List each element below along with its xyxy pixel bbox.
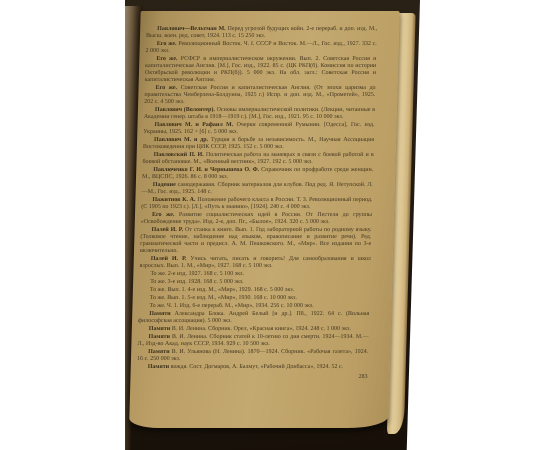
bibliography-entry: Памяти вождя. Сост. Догмаров, А. Балмут,…	[137, 364, 368, 371]
entry-text: То же. 2-е изд. 1927. 168 с. 5 100 экз.	[150, 271, 244, 277]
bibliography-entry: Падение самодержавия. Сборник материалов…	[142, 182, 373, 196]
bibliography-entry: То же. Вып. 1. 5-е изд. М., «Мир», 1930.…	[139, 295, 370, 302]
entry-author: Его же.	[152, 212, 175, 218]
bibliography-entry: Павлович М. и Рафаил М. Очерки современн…	[143, 122, 374, 136]
bibliography-entry: То же. Ч. 1. Изд. 6-е перераб. М., «Мир»…	[138, 303, 369, 310]
entry-text: Советская Россия и капиталистическая Анг…	[144, 85, 376, 105]
scanned-book-photo: { "page": { "number": "283", "entries": …	[0, 0, 550, 450]
bibliography-entry: Памяти Александра Блока. Андрей Белый [и…	[138, 311, 369, 325]
entry-text: То же. Ч. 1. Изд. 6-е перераб. М., «Мир»…	[149, 303, 313, 309]
entry-author: Его же.	[155, 85, 177, 91]
entry-author: Палей И. Р.	[151, 227, 183, 233]
bibliography-entry: Его же. Развитие социалистических идей в…	[141, 212, 372, 226]
entry-author: Палей И. Р.	[151, 256, 187, 262]
bibliography-entry: Его же. РСФСР в империалистическом окруж…	[145, 56, 377, 84]
entry-author: Памяти	[148, 364, 170, 370]
entry-text: Александра Блока. Андрей Белый [и др.]. …	[138, 311, 369, 324]
entry-text: То же. Вып. 1. 4-е изд. М., «Мир», 1929.…	[150, 287, 294, 293]
entry-author: Павлович—Вельтман М.	[157, 26, 226, 32]
bibliography-entry: Его же. Революционный Восток. Ч. I. СССР…	[145, 41, 376, 55]
entry-author: Его же.	[156, 56, 177, 62]
entry-author: Пажитнов К. А.	[152, 197, 195, 203]
bibliography-entry: То же. 3-е изд. 1928. 168 с. 5 000 экз.	[139, 279, 370, 286]
bibliography-entry: Павлович М. и др. Турция в борьбе за нез…	[143, 137, 374, 151]
book-page: Павлович—Вельтман М. Перед угрозой будущ…	[129, 11, 400, 428]
entry-text: РСФСР в империалистическом окружении. Вы…	[145, 56, 377, 83]
entry-text: самодержавия. Сборник материалов для клу…	[142, 182, 373, 195]
entry-author: Павлович (Волонтер).	[155, 107, 215, 113]
entry-author: Памяти	[148, 349, 170, 355]
entry-text: То же. Вып. 1. 5-е изд. М., «Мир», 1930.…	[150, 295, 297, 301]
page-number: 283	[136, 374, 367, 381]
entry-text: В. И. Ульянова (Н. Ленина). 1870—1924. С…	[137, 349, 368, 362]
bibliography-entries: Павлович—Вельтман М. Перед угрозой будущ…	[135, 26, 377, 422]
entry-author: Памяти	[149, 311, 171, 317]
entry-author: Павлюченко Г. И. и Чернышева О. Ф.	[153, 167, 259, 173]
entry-author: Падение	[153, 182, 176, 188]
entry-text: В. И. Ленина. Сборник статей к 10-летию …	[137, 334, 368, 347]
bibliography-entry: Пажитнов К. А. Положение рабочего класса…	[141, 197, 372, 211]
entry-text: То же. 3-е изд. 1928. 168 с. 5 000 экз.	[150, 279, 244, 285]
entry-text: Развитие социалистических идей в России.…	[141, 212, 372, 225]
bibliography-entry: То же. 2-е изд. 1927. 168 с. 5 100 экз.	[139, 271, 370, 278]
bibliography-entry: Палей И. Р. Учись читать, писать и говор…	[139, 256, 370, 270]
bibliography-entry: Павлович (Волонтер). Основы империалисти…	[144, 107, 375, 121]
entry-text: вождя. Сост. Догмаров, А. Балмут, «Рабоч…	[169, 364, 343, 370]
entry-text: Революционный Восток. Ч. I. СССР и Восто…	[145, 41, 376, 54]
entry-text: В. И. Ленина. Сборник. Орел, «Красная кн…	[170, 326, 351, 332]
bibliography-entry: Памяти В. И. Ленина. Сборник статей к 10…	[137, 334, 368, 348]
entry-author: Его же.	[157, 41, 177, 47]
book-lean-wrapper: Павлович—Вельтман М. Перед угрозой будущ…	[112, 0, 420, 450]
bibliography-entry: То же. Вып. 1. 4-е изд. М., «Мир», 1929.…	[139, 287, 370, 294]
entry-author: Памяти	[149, 326, 171, 332]
bibliography-entry: Памяти В. И. Ленина. Сборник. Орел, «Кра…	[138, 326, 369, 333]
bibliography-entry: Павлович—Вельтман М. Перед угрозой будущ…	[146, 26, 377, 40]
entry-author: Павлович М. и др.	[154, 137, 208, 143]
entry-author: Павловский П. И.	[154, 152, 204, 158]
bibliography-entry: Павлюченко Г. И. и Чернышева О. Ф. Справ…	[142, 167, 373, 181]
book-photo-background: Павлович—Вельтман М. Перед угрозой будущ…	[125, 0, 420, 450]
entry-author: Памяти	[149, 334, 171, 340]
entry-author: Павлович М. и Рафаил М.	[154, 122, 233, 128]
bibliography-entry: Павловский П. И. Политическая работа на …	[142, 152, 373, 166]
bibliography-entry: Палей И. Р. От станка к книге. Вып. 1. Г…	[140, 227, 372, 255]
bibliography-entry: Его же. Советская Россия и капиталистиче…	[144, 85, 376, 106]
bibliography-entry: Памяти В. И. Ульянова (Н. Ленина). 1870—…	[137, 349, 368, 363]
